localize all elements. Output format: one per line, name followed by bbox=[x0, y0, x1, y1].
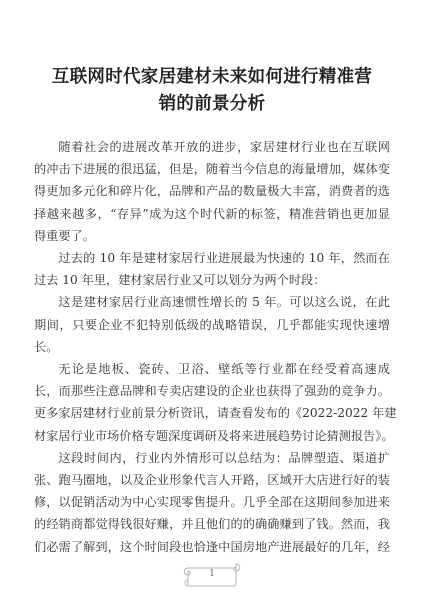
document-title-line-2: 销的前景分析 bbox=[0, 90, 424, 115]
text-line: 的经销商都觉得钱很好赚，并且他们的的确确赚到了钱。然而，我 bbox=[34, 513, 390, 535]
text-line: 得重要了。 bbox=[34, 225, 390, 247]
text-line: 这是建材家居行业高速惯性增长的 5 年。可以这么说，在此 bbox=[34, 291, 390, 313]
document-body: 随着社会的进展改革开放的进步，家居建材行业也在互联网 的冲击下进展的很迅猛，但是… bbox=[34, 136, 390, 558]
document-title-line-1: 互联网时代家居建材未来如何进行精准营 bbox=[0, 63, 424, 88]
page-number-scroll: 1 bbox=[178, 562, 246, 590]
paragraph-3: 这是建材家居行业高速惯性增长的 5 年。可以这么说，在此 期间，只要企业不犯特别… bbox=[34, 291, 390, 358]
text-line: 随着社会的进展改革开放的进步，家居建材行业也在互联网 bbox=[34, 136, 390, 158]
text-line: 们必需了解到，这个时间段也恰逢中国房地产进展最好的几年，经 bbox=[34, 536, 390, 558]
text-line: 的冲击下进展的很迅猛，但是，随着当今信息的海量增加，媒体变 bbox=[34, 158, 390, 180]
paragraph-2: 过去的 10 年是建材家居行业进展最为快速的 10 年，然而在 过去 10 年里… bbox=[34, 247, 390, 291]
text-line: 无论是地板、瓷砖、卫浴、壁纸等行业都在经受着高速成 bbox=[34, 358, 390, 380]
text-line: 得更加多元化和碎片化，品牌和产品的数量极大丰富，消费者的选 bbox=[34, 180, 390, 202]
text-line: 过去 10 年里，建材家居行业又可以划分为两个时段： bbox=[34, 269, 390, 291]
text-line: 长。 bbox=[34, 336, 390, 358]
text-line: 这段时间内，行业内外情形可以总结为：品牌塑造、渠道扩 bbox=[34, 447, 390, 469]
text-line: 更多家居建材行业前景分析资讯，请查看发布的《2022-2022 年建 bbox=[34, 402, 390, 424]
text-line: 过去的 10 年是建材家居行业进展最为快速的 10 年，然而在 bbox=[34, 247, 390, 269]
paragraph-4: 无论是地板、瓷砖、卫浴、壁纸等行业都在经受着高速成 长，而那些注意品牌和专卖店建… bbox=[34, 358, 390, 447]
text-line: 张、跑马圈地，以及企业形象代言人开路，区域开大店进行好的装 bbox=[34, 469, 390, 491]
text-line: 材家居行业市场价格专题深度调研及将来进展趋势讨论猜测报告》。 bbox=[34, 425, 390, 447]
text-line: 修，以促销活动为中心实现零售提升。几乎全部在这期间参加进来 bbox=[34, 491, 390, 513]
paragraph-5: 这段时间内，行业内外情形可以总结为：品牌塑造、渠道扩 张、跑马圈地，以及企业形象… bbox=[34, 447, 390, 558]
text-line: 择越来越多，“存异”成为这个时代新的标签，精准营销也更加显 bbox=[34, 203, 390, 225]
document-page: 互联网时代家居建材未来如何进行精准营 销的前景分析 随着社会的进展改革开放的进步… bbox=[0, 0, 424, 600]
text-line: 期间，只要企业不犯特别低级的战略错误，几乎都能实现快速增 bbox=[34, 314, 390, 336]
text-line: 长，而那些注意品牌和专卖店建设的企业也获得了强劲的竞争力。 bbox=[34, 380, 390, 402]
paragraph-1: 随着社会的进展改革开放的进步，家居建材行业也在互联网 的冲击下进展的很迅猛，但是… bbox=[34, 136, 390, 247]
page-number: 1 bbox=[178, 569, 246, 579]
